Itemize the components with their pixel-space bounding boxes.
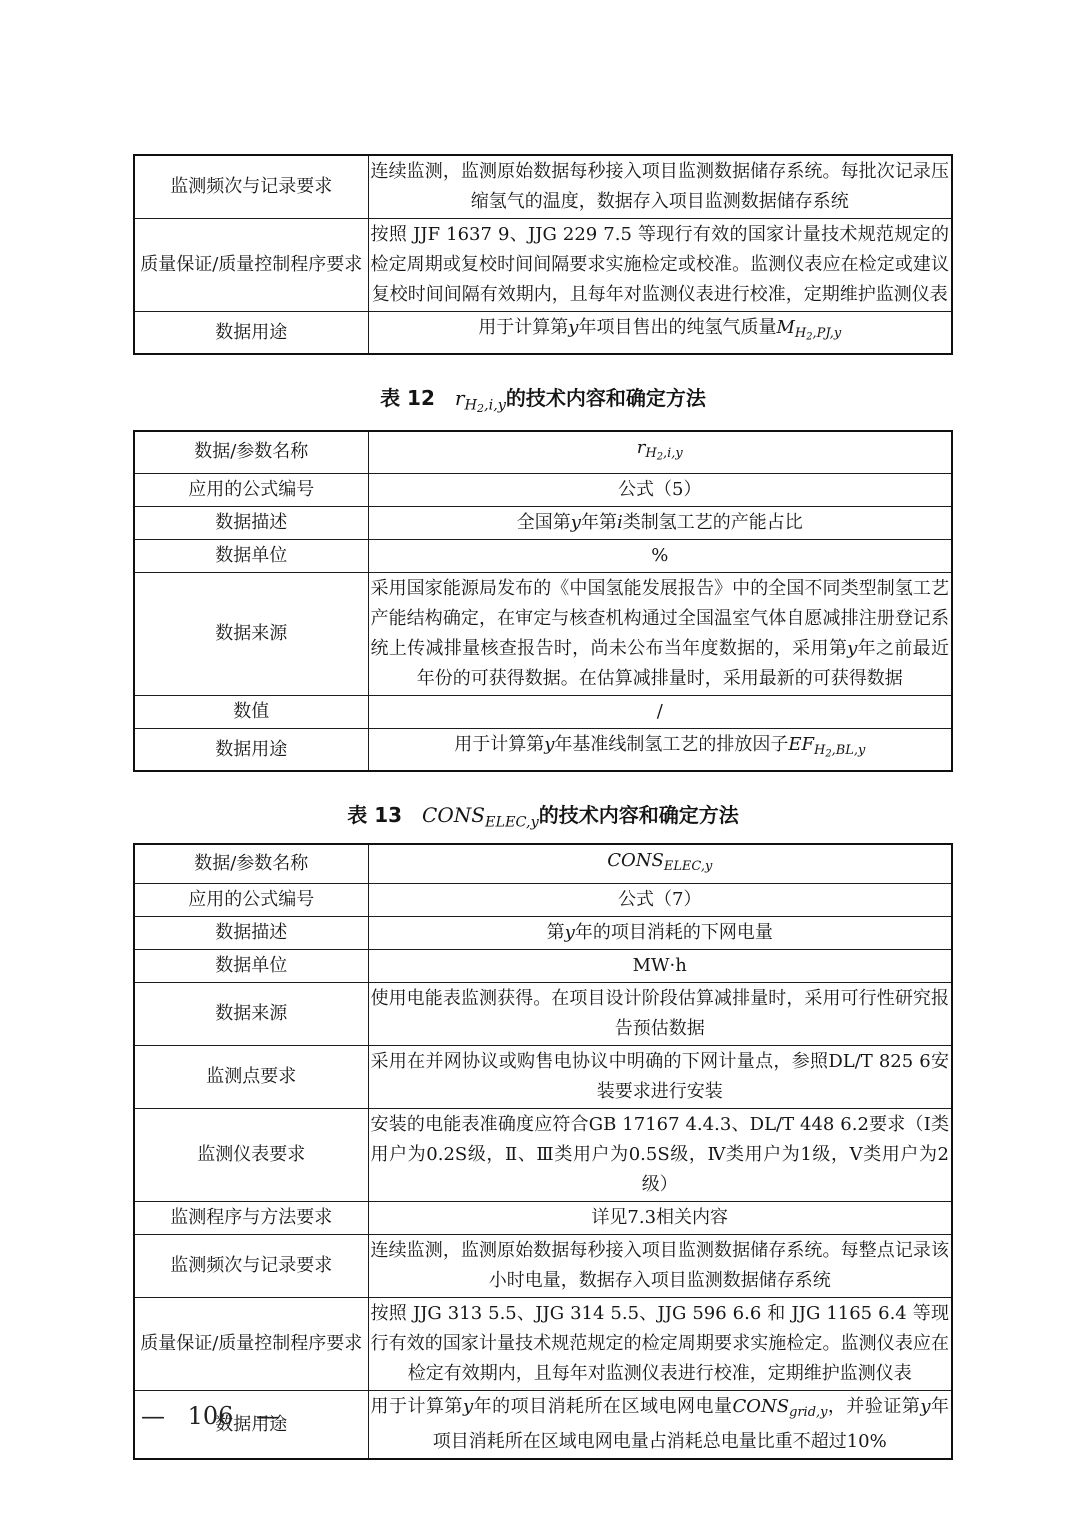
table-row: 质量保证/质量控制程序要求按照 JJG 313 5.5、JJG 314 5.5、… bbox=[134, 1297, 952, 1390]
text-segment: 类制氢工艺的产能占比 bbox=[623, 512, 803, 533]
row-label: 数据来源 bbox=[134, 572, 368, 695]
formula-segment: CONS bbox=[422, 803, 485, 827]
text-segment: 按照 JJG 313 5.5、JJG 314 5.5、JJG 596 6.6 和… bbox=[371, 1303, 950, 1384]
text-segment: MW·h bbox=[633, 955, 687, 976]
text-segment: 公式（7） bbox=[618, 889, 701, 910]
formula-segment: ELEC,y bbox=[664, 859, 712, 874]
text-segment: 连续监测，监测原始数据每秒接入项目监测数据储存系统。每整点记录该小时电量，数据存… bbox=[371, 1240, 950, 1291]
text-segment: 详见7.3相关内容 bbox=[591, 1207, 728, 1228]
table-row: 数据用途用于计算第y年项目售出的纯氢气质量MH2,PJ,y bbox=[134, 312, 952, 355]
row-value: 公式（5） bbox=[368, 473, 952, 506]
row-value: 连续监测，监测原始数据每秒接入项目监测数据储存系统。每批次记录压缩氢气的温度，数… bbox=[368, 155, 952, 219]
table-row: 质量保证/质量控制程序要求按照 JJF 1637 9、JJG 229 7.5 等… bbox=[134, 219, 952, 312]
row-value: MW·h bbox=[368, 949, 952, 982]
row-label: 质量保证/质量控制程序要求 bbox=[134, 219, 368, 312]
formula-segment: grid,y bbox=[789, 1404, 827, 1419]
row-value: 按照 JJF 1637 9、JJG 229 7.5 等现行有效的国家计量技术规范… bbox=[368, 219, 952, 312]
row-value: 全国第y年第i类制氢工艺的产能占比 bbox=[368, 506, 952, 539]
row-value: 用于计算第y年基准线制氢工艺的排放因子EFH2,BL,y bbox=[368, 728, 952, 771]
text-segment: 的技术内容和确定方法 bbox=[506, 386, 706, 410]
text-segment: 用于计算第 bbox=[371, 1396, 463, 1417]
formula-segment: H bbox=[795, 326, 806, 341]
row-label: 数据描述 bbox=[134, 506, 368, 539]
row-label: 应用的公式编号 bbox=[134, 473, 368, 506]
text-segment: / bbox=[657, 701, 663, 722]
footer-dash-right: — bbox=[256, 1402, 280, 1430]
table13: 数据/参数名称CONSELEC,y应用的公式编号公式（7）数据描述第y年的项目消… bbox=[133, 843, 953, 1461]
row-value: 安装的电能表准确度应符合GB 17167 4.4.3、DL/T 448 6.2要… bbox=[368, 1108, 952, 1201]
footer-dash-left: — bbox=[141, 1402, 165, 1430]
row-value: CONSELEC,y bbox=[368, 844, 952, 883]
table-row: 数值/ bbox=[134, 695, 952, 728]
formula-segment: y bbox=[571, 512, 581, 533]
row-label: 数据单位 bbox=[134, 949, 368, 982]
table13-title: 表 13 CONSELEC,y的技术内容和确定方法 bbox=[133, 802, 953, 835]
formula-segment: ,i,y bbox=[663, 445, 683, 460]
text-segment: % bbox=[651, 545, 668, 566]
table-row: 数据描述第y年的项目消耗的下网电量 bbox=[134, 916, 952, 949]
text-segment: 按照 JJF 1637 9、JJG 229 7.5 等现行有效的国家计量技术规范… bbox=[371, 224, 950, 305]
table-row: 数据单位% bbox=[134, 539, 952, 572]
row-value: 详见7.3相关内容 bbox=[368, 1201, 952, 1234]
row-label: 数据单位 bbox=[134, 539, 368, 572]
table-row: 数据用途用于计算第y年基准线制氢工艺的排放因子EFH2,BL,y bbox=[134, 728, 952, 771]
text-segment: 年项目售出的纯氢气质量 bbox=[578, 317, 776, 338]
formula-segment: y bbox=[920, 1396, 930, 1417]
row-label: 质量保证/质量控制程序要求 bbox=[134, 1297, 368, 1390]
table12: 数据/参数名称rH2,i,y应用的公式编号公式（5）数据描述全国第y年第i类制氢… bbox=[133, 430, 953, 773]
page-number: 106 bbox=[188, 1402, 234, 1430]
text-segment: 安装的电能表准确度应符合GB 17167 4.4.3、DL/T 448 6.2要… bbox=[371, 1114, 950, 1195]
table-body: 监测频次与记录要求连续监测，监测原始数据每秒接入项目监测数据储存系统。每批次记录… bbox=[134, 155, 952, 354]
text-segment: 使用电能表监测获得。在项目设计阶段估算减排量时，采用可行性研究报告预估数据 bbox=[371, 988, 950, 1039]
row-label: 监测频次与记录要求 bbox=[134, 155, 368, 219]
row-value: 使用电能表监测获得。在项目设计阶段估算减排量时，采用可行性研究报告预估数据 bbox=[368, 982, 952, 1045]
row-label: 数据/参数名称 bbox=[134, 844, 368, 883]
table-body: 数据/参数名称CONSELEC,y应用的公式编号公式（7）数据描述第y年的项目消… bbox=[134, 844, 952, 1460]
formula-segment: H bbox=[814, 743, 825, 758]
row-label: 数据用途 bbox=[134, 728, 368, 771]
table-row: 数据/参数名称CONSELEC,y bbox=[134, 844, 952, 883]
row-value: 连续监测，监测原始数据每秒接入项目监测数据储存系统。每整点记录该小时电量，数据存… bbox=[368, 1234, 952, 1297]
row-value: 第y年的项目消耗的下网电量 bbox=[368, 916, 952, 949]
text-segment: 年的项目消耗的下网电量 bbox=[575, 922, 773, 943]
table-row: 数据描述全国第y年第i类制氢工艺的产能占比 bbox=[134, 506, 952, 539]
row-value: 采用国家能源局发布的《中国氢能发展报告》中的全国不同类型制氢工艺产能结构确定，在… bbox=[368, 572, 952, 695]
formula-segment: M bbox=[776, 317, 794, 338]
table-row: 数据来源采用国家能源局发布的《中国氢能发展报告》中的全国不同类型制氢工艺产能结构… bbox=[134, 572, 952, 695]
text-segment: 的技术内容和确定方法 bbox=[539, 803, 739, 827]
text-segment: 用于计算第 bbox=[454, 734, 544, 755]
text-segment: 年第 bbox=[581, 512, 617, 533]
text-segment: 年的项目消耗所在区域电网电量 bbox=[473, 1396, 732, 1417]
formula-segment: H bbox=[645, 445, 656, 460]
row-label: 数据用途 bbox=[134, 312, 368, 355]
row-label: 监测仪表要求 bbox=[134, 1108, 368, 1201]
formula-segment: y bbox=[847, 638, 857, 659]
text-segment: 采用在并网协议或购售电协议中明确的下网计量点，参照DL/T 825 6安装要求进… bbox=[371, 1051, 950, 1102]
table-monitoring-continuation: 监测频次与记录要求连续监测，监测原始数据每秒接入项目监测数据储存系统。每批次记录… bbox=[133, 154, 953, 355]
formula-segment: CONS bbox=[732, 1396, 789, 1417]
row-value: 用于计算第y年项目售出的纯氢气质量MH2,PJ,y bbox=[368, 312, 952, 355]
row-label: 应用的公式编号 bbox=[134, 883, 368, 916]
text-segment: 全国第 bbox=[517, 512, 571, 533]
formula-segment: y bbox=[568, 317, 578, 338]
table-body: 数据/参数名称rH2,i,y应用的公式编号公式（5）数据描述全国第y年第i类制氢… bbox=[134, 431, 952, 772]
formula-segment: y bbox=[463, 1396, 473, 1417]
formula-segment: ,i,y bbox=[484, 398, 506, 414]
table-row: 监测频次与记录要求连续监测，监测原始数据每秒接入项目监测数据储存系统。每批次记录… bbox=[134, 155, 952, 219]
text-segment: 公式（5） bbox=[618, 479, 701, 500]
formula-segment: y bbox=[565, 922, 575, 943]
formula-segment: ELEC,y bbox=[485, 815, 539, 831]
row-label: 数值 bbox=[134, 695, 368, 728]
row-label: 监测程序与方法要求 bbox=[134, 1201, 368, 1234]
row-label: 数据来源 bbox=[134, 982, 368, 1045]
table-row: 监测仪表要求安装的电能表准确度应符合GB 17167 4.4.3、DL/T 44… bbox=[134, 1108, 952, 1201]
table-row: 监测频次与记录要求连续监测，监测原始数据每秒接入项目监测数据储存系统。每整点记录… bbox=[134, 1234, 952, 1297]
formula-segment: ,PJ,y bbox=[813, 326, 842, 341]
text-segment: 年基准线制氢工艺的排放因子 bbox=[554, 734, 788, 755]
text-segment: 第 bbox=[547, 922, 565, 943]
page-content: 监测频次与记录要求连续监测，监测原始数据每秒接入项目监测数据储存系统。每批次记录… bbox=[133, 154, 953, 1460]
table-row: 监测程序与方法要求详见7.3相关内容 bbox=[134, 1201, 952, 1234]
table-row: 数据来源使用电能表监测获得。在项目设计阶段估算减排量时，采用可行性研究报告预估数… bbox=[134, 982, 952, 1045]
page-footer: — 106 — bbox=[141, 1400, 280, 1432]
row-value: 采用在并网协议或购售电协议中明确的下网计量点，参照DL/T 825 6安装要求进… bbox=[368, 1045, 952, 1108]
table-row: 监测点要求采用在并网协议或购售电协议中明确的下网计量点，参照DL/T 825 6… bbox=[134, 1045, 952, 1108]
table-row: 数据单位MW·h bbox=[134, 949, 952, 982]
formula-segment: ,BL,y bbox=[832, 743, 866, 758]
row-value: 用于计算第y年的项目消耗所在区域电网电量CONSgrid,y，并验证第y年项目消… bbox=[368, 1390, 952, 1459]
row-value: / bbox=[368, 695, 952, 728]
document-page: 监测频次与记录要求连续监测，监测原始数据每秒接入项目监测数据储存系统。每批次记录… bbox=[0, 0, 1080, 1527]
row-value: 公式（7） bbox=[368, 883, 952, 916]
text-segment: 连续监测，监测原始数据每秒接入项目监测数据储存系统。每批次记录压缩氢气的温度，数… bbox=[371, 161, 950, 212]
row-label: 数据描述 bbox=[134, 916, 368, 949]
formula-segment: y bbox=[544, 734, 554, 755]
text-segment: 表 12 bbox=[380, 386, 455, 410]
table-row: 数据/参数名称rH2,i,y bbox=[134, 431, 952, 474]
table12-title: 表 12 rH2,i,y的技术内容和确定方法 bbox=[133, 385, 953, 422]
formula-segment: H bbox=[464, 398, 477, 414]
formula-segment: EF bbox=[788, 734, 814, 755]
row-label: 数据/参数名称 bbox=[134, 431, 368, 474]
table-row: 应用的公式编号公式（5） bbox=[134, 473, 952, 506]
text-segment: 用于计算第 bbox=[478, 317, 568, 338]
formula-segment: CONS bbox=[607, 850, 664, 871]
row-value: 按照 JJG 313 5.5、JJG 314 5.5、JJG 596 6.6 和… bbox=[368, 1297, 952, 1390]
row-value: % bbox=[368, 539, 952, 572]
row-label: 监测频次与记录要求 bbox=[134, 1234, 368, 1297]
text-segment: 表 13 bbox=[347, 803, 422, 827]
row-label: 监测点要求 bbox=[134, 1045, 368, 1108]
row-value: rH2,i,y bbox=[368, 431, 952, 474]
table-row: 应用的公式编号公式（7） bbox=[134, 883, 952, 916]
text-segment: ，并验证第 bbox=[827, 1396, 920, 1417]
formula-segment: 2 bbox=[477, 403, 484, 416]
